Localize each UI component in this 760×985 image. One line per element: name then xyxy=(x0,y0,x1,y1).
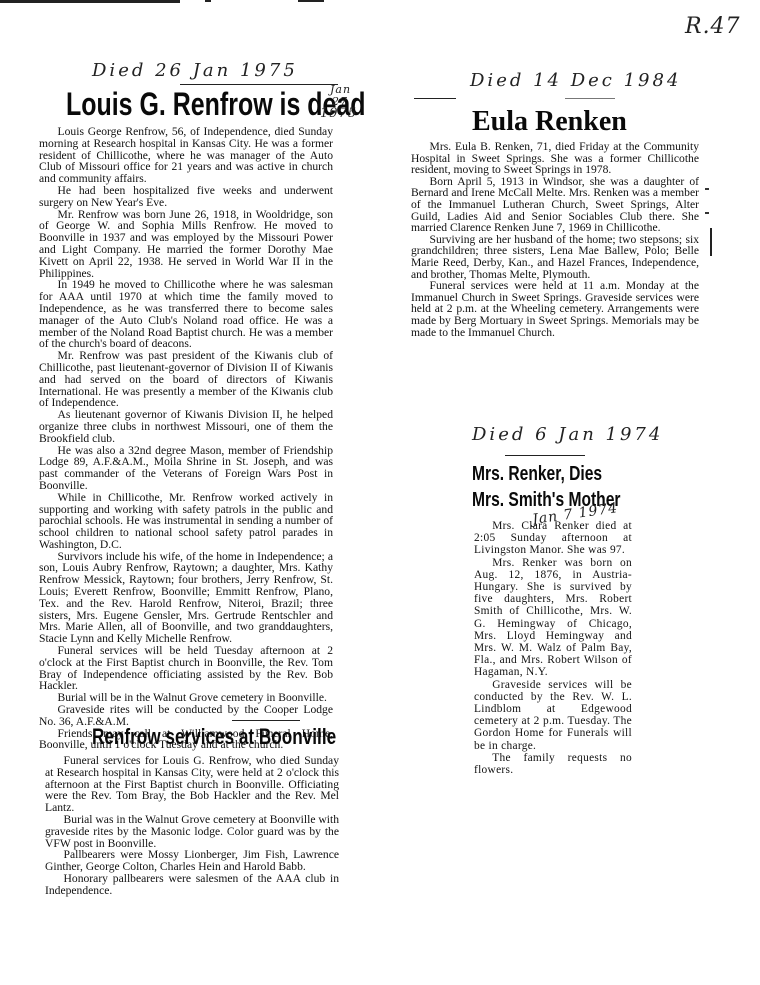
divider-rule xyxy=(414,98,456,99)
paragraph: Burial was in the Walnut Grove cemetery … xyxy=(45,814,339,849)
scan-edge-mark xyxy=(710,228,712,256)
paragraph: Mrs. Eula B. Renken, 71, died Friday at … xyxy=(411,141,699,176)
paragraph: Mr. Renfrow was born June 26, 1918, in W… xyxy=(39,209,333,280)
handwritten-death-date: Died 6 Jan 1974 xyxy=(472,424,663,445)
handwritten-death-date: Died 14 Dec 1984 xyxy=(470,70,681,91)
headline-line: Mrs. Renker, Dies xyxy=(472,461,620,487)
divider-rule xyxy=(505,455,585,456)
page-reference: R.47 xyxy=(685,14,741,39)
paragraph: Funeral services were held at 11 a.m. Mo… xyxy=(411,280,699,338)
article-body: Louis George Renfrow, 56, of Independenc… xyxy=(39,126,333,751)
article-body: Mrs. Eula B. Renken, 71, died Friday at … xyxy=(411,141,699,338)
divider-rule xyxy=(565,98,615,99)
paragraph: As lieutenant governor of Kiwanis Divisi… xyxy=(39,409,333,444)
article-headline: Eula Renken xyxy=(472,106,627,138)
paragraph: While in Chillicothe, Mr. Renfrow worked… xyxy=(39,492,333,551)
paragraph: Mr. Renfrow was past president of the Ki… xyxy=(39,350,333,409)
paragraph: Honorary pallbearers were salesmen of th… xyxy=(45,873,339,897)
margin-note-line: 1975 xyxy=(320,108,357,120)
paragraph: Funeral services will be held Tuesday af… xyxy=(39,645,333,692)
paragraph: Graveside services will be conducted by … xyxy=(474,679,632,752)
paragraph: Funeral services for Louis G. Renfrow, w… xyxy=(45,755,339,814)
divider-rule xyxy=(180,84,338,85)
article-body: Mrs. Clara Renker died at 2:05 Sunday af… xyxy=(474,520,632,776)
paragraph: In 1949 he moved to Chillicothe where he… xyxy=(39,279,333,350)
handwritten-death-date: Died 26 Jan 1975 xyxy=(92,60,298,81)
paragraph: He had been hospitalized five weeks and … xyxy=(39,185,333,209)
paragraph: The family requests no flowers. xyxy=(474,752,632,776)
article-body: Funeral services for Louis G. Renfrow, w… xyxy=(45,755,339,897)
scan-edge-mark xyxy=(298,0,324,2)
paragraph: Louis George Renfrow, 56, of Independenc… xyxy=(39,126,333,185)
paragraph: Survivors include his wife, of the home … xyxy=(39,551,333,645)
paragraph: Born April 5, 1913 in Windsor, she was a… xyxy=(411,176,699,234)
scan-edge-mark xyxy=(0,0,180,3)
handwritten-margin-note: Jan 27 1975 xyxy=(330,84,357,120)
paragraph: Mrs. Clara Renker died at 2:05 Sunday af… xyxy=(474,520,632,557)
paragraph: He was also a 32nd degree Mason, member … xyxy=(39,445,333,492)
paragraph: Pallbearers were Mossy Lionberger, Jim F… xyxy=(45,849,339,873)
scan-edge-mark xyxy=(705,188,709,190)
divider-rule xyxy=(232,720,300,721)
article-headline: Renfrow services at Boonville xyxy=(92,724,336,750)
scan-edge-mark xyxy=(705,212,709,214)
scan-edge-mark xyxy=(205,0,211,2)
paragraph: Surviving are her husband of the home; t… xyxy=(411,234,699,280)
paragraph: Mrs. Renker was born on Aug. 12, 1876, i… xyxy=(474,557,632,679)
